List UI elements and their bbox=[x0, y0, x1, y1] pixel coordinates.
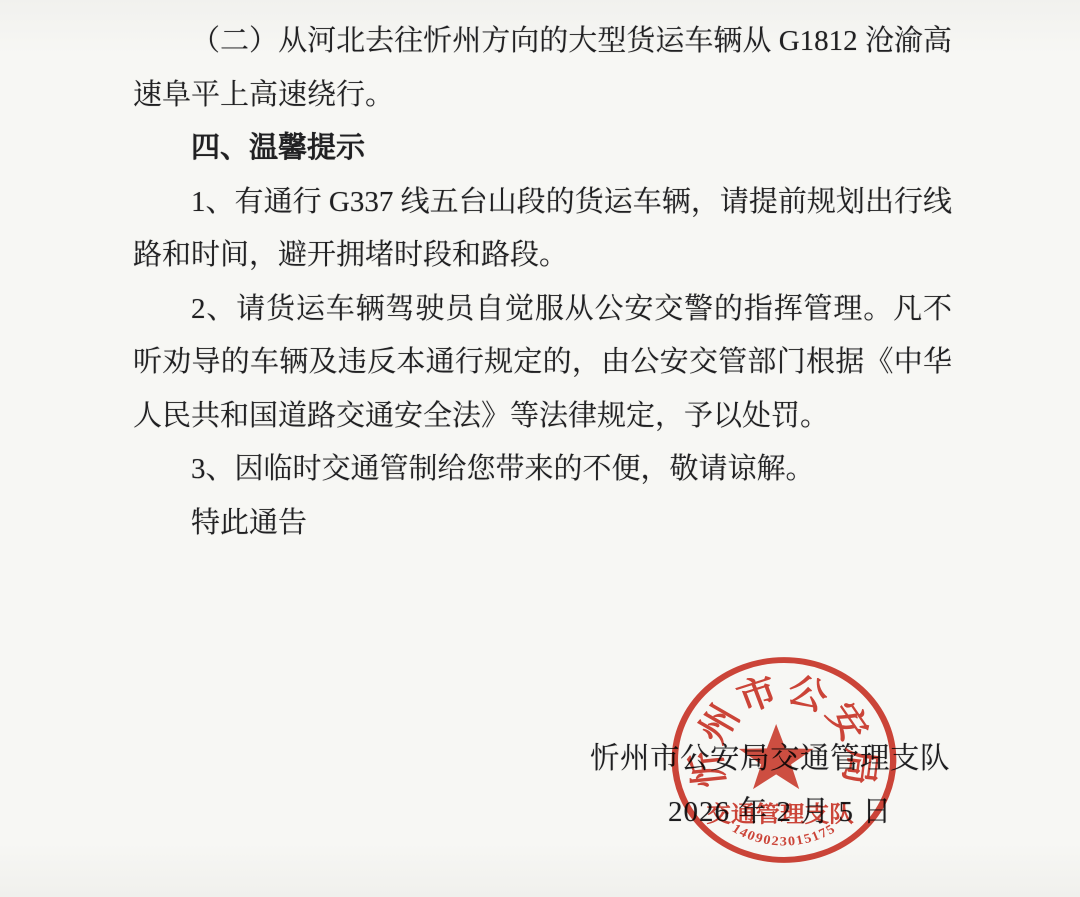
issuing-authority-signature: 忻州市公安局交通管理支队 bbox=[590, 735, 950, 777]
paragraph-tip-3: 3、因临时交通管制给您带来的不便，敬请谅解。 bbox=[133, 443, 952, 497]
paragraph-closing: 特此通告 bbox=[133, 497, 952, 551]
paragraph-detour-route: （二）从河北去往忻州方向的大型货运车辆从 G1812 沧渝高速阜平上高速绕行。 bbox=[133, 15, 952, 122]
paragraph-tip-2: 2、请货运车辆驾驶员自觉服从公安交警的指挥管理。凡不听劝导的车辆及违反本通行规定… bbox=[133, 283, 952, 444]
scanned-notice-page: （二）从河北去往忻州方向的大型货运车辆从 G1812 沧渝高速阜平上高速绕行。 … bbox=[0, 0, 1080, 897]
document-body: （二）从河北去往忻州方向的大型货运车辆从 G1812 沧渝高速阜平上高速绕行。 … bbox=[133, 15, 952, 550]
issue-date: 2026 年 2 月 5 日 bbox=[668, 789, 892, 830]
paragraph-tip-1: 1、有通行 G337 线五台山段的货运车辆，请提前规划出行线路和时间，避开拥堵时… bbox=[133, 176, 952, 283]
section-heading-tips: 四、温馨提示 bbox=[133, 122, 952, 176]
